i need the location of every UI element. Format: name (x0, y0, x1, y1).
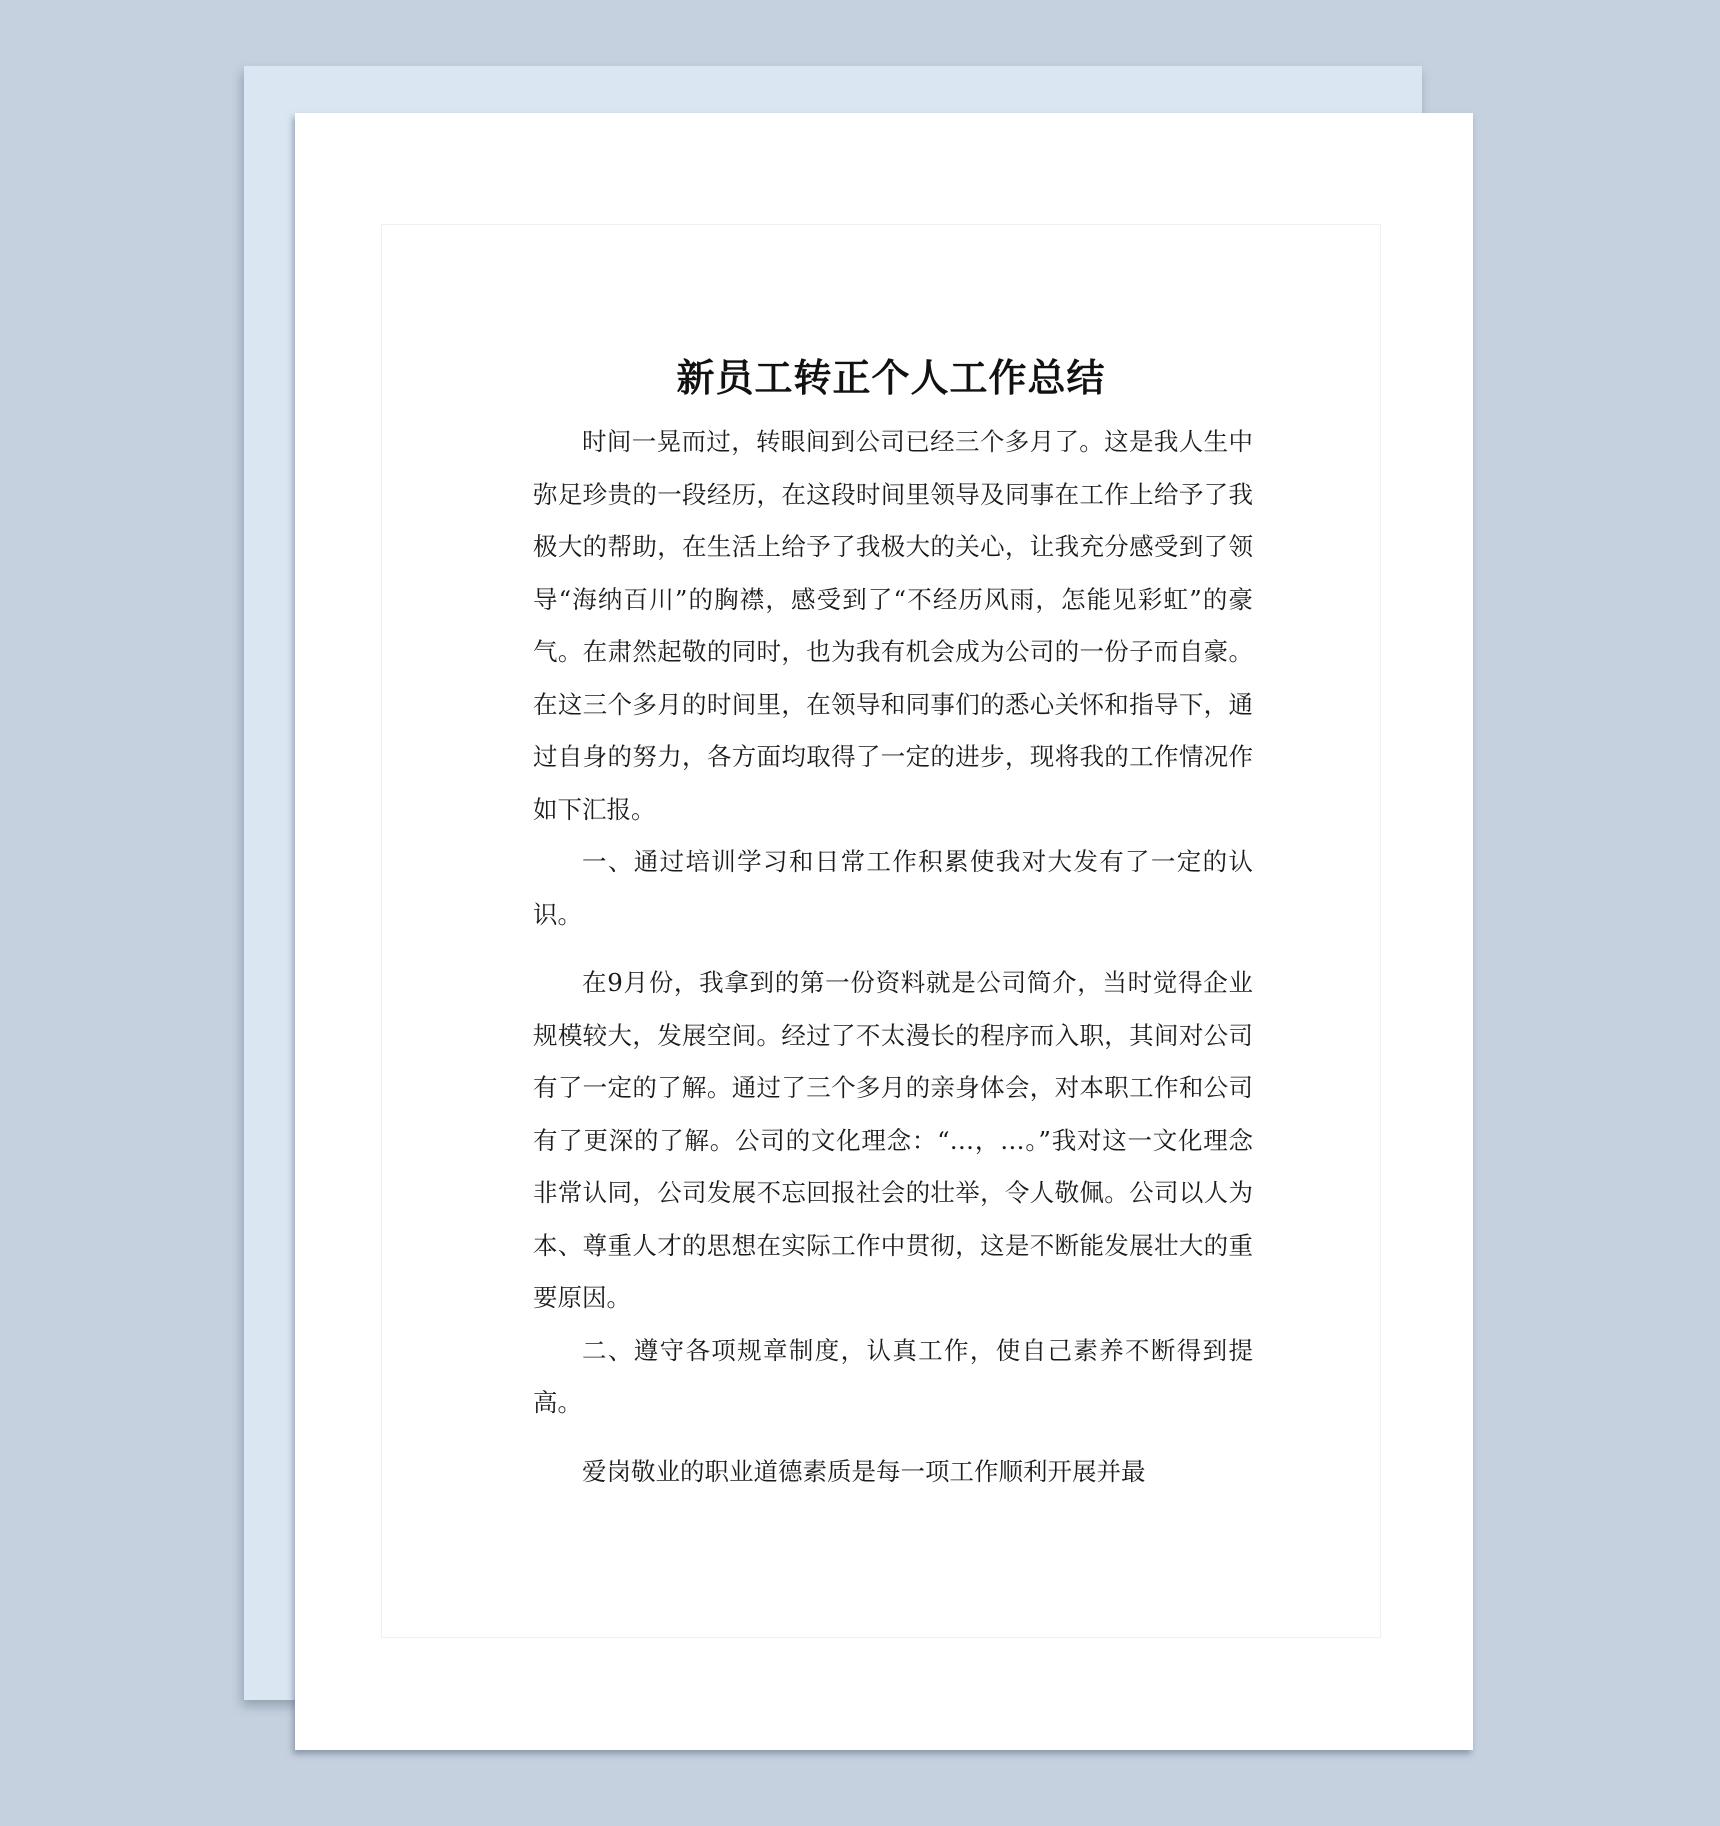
paragraph-intro: 时间一晃而过，转眼间到公司已经三个多月了。这是我人生中弥足珍贵的一段经历，在这段… (533, 416, 1253, 836)
document-body: 时间一晃而过，转眼间到公司已经三个多月了。这是我人生中弥足珍贵的一段经历，在这段… (533, 416, 1253, 1498)
document-page: 新员工转正个人工作总结 时间一晃而过，转眼间到公司已经三个多月了。这是我人生中弥… (295, 113, 1473, 1750)
section-heading-1: 一、通过培训学习和日常工作积累使我对大发有了一定的认识。 (533, 836, 1253, 941)
section-heading-2: 二、遵守各项规章制度，认真工作，使自己素养不断得到提高。 (533, 1325, 1253, 1430)
document-title: 新员工转正个人工作总结 (295, 347, 1473, 402)
paragraph-company-understanding: 在9月份，我拿到的第一份资料就是公司简介，当时觉得企业规模较大，发展空间。经过了… (533, 957, 1253, 1325)
paragraph-professional-ethics: 爱岗敬业的职业道德素质是每一项工作顺利开展并最 (533, 1446, 1253, 1499)
